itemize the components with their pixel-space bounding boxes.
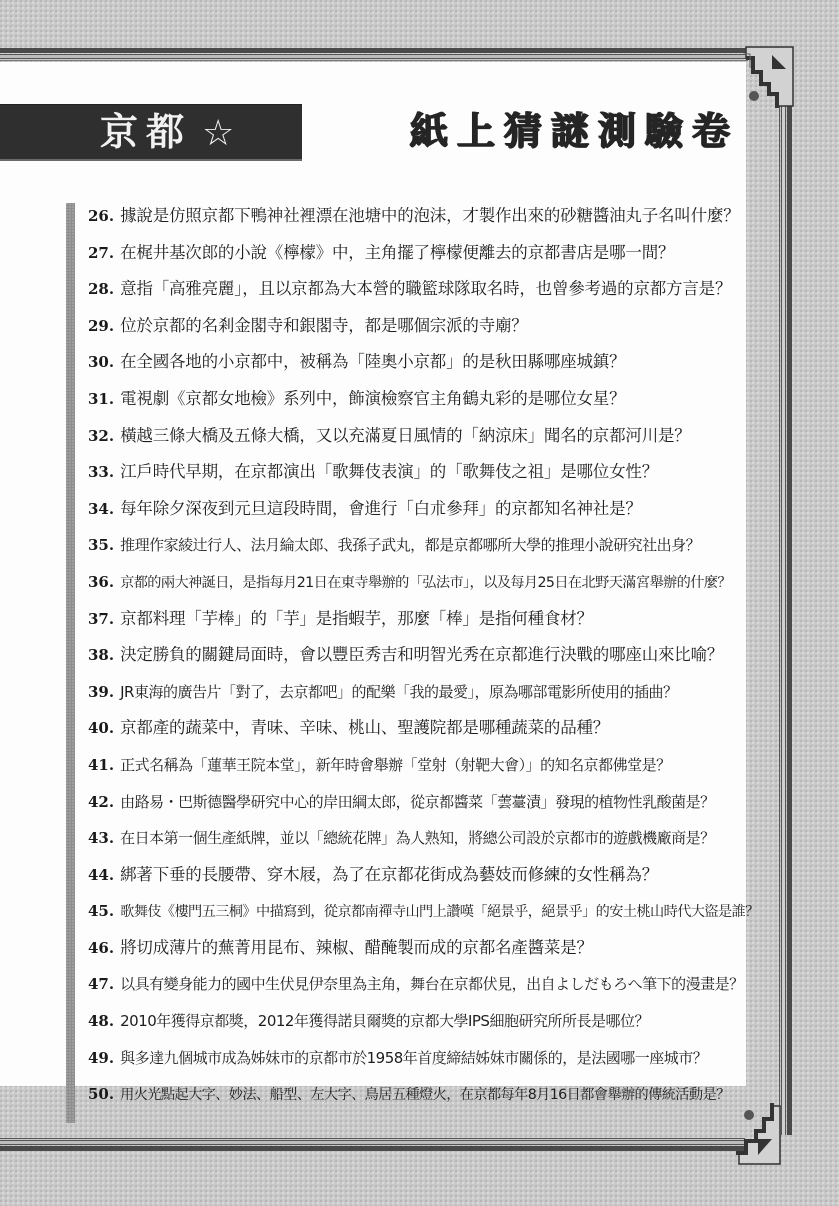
question-number: 32. [88, 427, 114, 445]
question-number: 49. [88, 1049, 114, 1067]
question-text: 據說是仿照京都下鴨神社裡漂在池塘中的泡沫，才製作出來的砂糖醬油丸子名叫什麼？ [120, 206, 739, 225]
question-item: 38.決定勝負的關鍵局面時，會以豐臣秀吉和明智光秀在京都進行決戰的哪座山來比喻？ [88, 637, 778, 674]
question-number: 48. [88, 1012, 114, 1030]
question-item: 39.JR東海的廣告片「對了，去京都吧」的配樂「我的最愛」，原為哪部電影所使用的… [88, 674, 778, 711]
question-item: 33.江戶時代早期，在京都演出「歌舞伎表演」的「歌舞伎之祖」是哪位女性？ [88, 454, 778, 491]
question-item: 40.京都產的蔬菜中，青味、辛味、桃山、聖護院都是哪種蔬菜的品種？ [88, 710, 778, 747]
question-text: 由路易・巴斯德醫學研究中心的岸田綱太郎，從京都醬菜「蕓薹漬」發現的植物性乳酸菌是… [120, 793, 715, 811]
question-item: 50.用火光點起大字、妙法、船型、左大字、鳥居五種燈火，在京都每年8月16日都會… [88, 1076, 778, 1113]
question-number: 39. [88, 683, 114, 701]
question-text: 位於京都的名剎金閣寺和銀閣寺，都是哪個宗派的寺廟？ [120, 316, 528, 335]
question-item: 29.位於京都的名剎金閣寺和銀閣寺，都是哪個宗派的寺廟？ [88, 308, 778, 345]
city-name: 京都 [100, 109, 192, 154]
question-text: JR東海的廣告片「對了，去京都吧」的配樂「我的最愛」，原為哪部電影所使用的插曲？ [120, 683, 677, 701]
question-item: 34.每年除夕深夜到元旦這段時間，會進行「白朮參拜」的京都知名神社是？ [88, 491, 778, 528]
question-number: 47. [88, 975, 114, 993]
question-number: 38. [88, 646, 114, 664]
question-text: 2010年獲得京都獎，2012年獲得諾貝爾獎的京都大學IPS細胞研究所所長是哪位… [120, 1012, 649, 1030]
question-item: 45.歌舞伎《樓門五三桐》中描寫到，從京都南禪寺山門上讚嘆「絕景乎，絕景乎」的安… [88, 893, 778, 930]
question-number: 43. [88, 829, 114, 847]
star-icon: ☆ [202, 111, 234, 157]
question-number: 29. [88, 317, 114, 335]
question-number: 40. [88, 719, 114, 737]
question-text: 每年除夕深夜到元旦這段時間，會進行「白朮參拜」的京都知名神社是？ [120, 499, 642, 518]
question-number: 50. [88, 1085, 114, 1103]
question-item: 41.正式名稱為「蓮華王院本堂」，新年時會舉辦「堂射（射靶大會）」的知名京都佛堂… [88, 747, 778, 784]
question-item: 43.在日本第一個生產紙牌，並以「總統花牌」為人熟知，將總公司設於京都市的遊戲機… [88, 820, 778, 857]
question-item: 28.意指「高雅亮麗」，且以京都為大本營的職籃球隊取名時，也曾參考過的京都方言是… [88, 271, 778, 308]
question-number: 37. [88, 610, 114, 628]
question-number: 26. [88, 207, 114, 225]
question-item: 47.以具有變身能力的國中生伏見伊奈里為主角，舞台在京都伏見，出自よしだもろへ筆… [88, 966, 778, 1003]
right-frame-border [779, 100, 795, 1135]
question-text: 京都的兩大神誕日，是指每月21日在東寺舉辦的「弘法市」，以及每月25日在北野天滿… [120, 575, 731, 591]
question-text: 正式名稱為「蓮華王院本堂」，新年時會舉辦「堂射（射靶大會）」的知名京都佛堂是？ [120, 756, 671, 774]
question-text: 在日本第一個生產紙牌，並以「總統花牌」為人熟知，將總公司設於京都市的遊戲機廠商是… [120, 829, 715, 847]
question-text: 歌舞伎《樓門五三桐》中描寫到，從京都南禪寺山門上讚嘆「絕景乎，絕景乎」的安土桃山… [120, 904, 759, 920]
question-list: 26.據說是仿照京都下鴨神社裡漂在池塘中的泡沫，才製作出來的砂糖醬油丸子名叫什麼… [88, 198, 778, 1113]
question-item: 27.在梶井基次郎的小說《檸檬》中，主角擺了檸檬便離去的京都書店是哪一間？ [88, 235, 778, 272]
question-item: 36.京都的兩大神誕日，是指每月21日在東寺舉辦的「弘法市」，以及每月25日在北… [88, 564, 778, 601]
question-number: 34. [88, 500, 114, 518]
page-subtitle: 紙上猜謎測驗卷 [410, 103, 739, 159]
page-title: 京都☆ [100, 109, 234, 155]
question-item: 31.電視劇《京都女地檢》系列中，飾演檢察官主角鶴丸彩的是哪位女星？ [88, 381, 778, 418]
question-text: 將切成薄片的蕪菁用昆布、辣椒、醋醃製而成的京都名產醬菜是？ [120, 938, 593, 957]
question-text: 電視劇《京都女地檢》系列中，飾演檢察官主角鶴丸彩的是哪位女星？ [120, 389, 625, 408]
question-number: 35. [88, 536, 114, 554]
question-number: 33. [88, 463, 114, 481]
question-number: 30. [88, 353, 114, 371]
bullet-dot-icon [749, 91, 759, 101]
question-item: 26.據說是仿照京都下鴨神社裡漂在池塘中的泡沫，才製作出來的砂糖醬油丸子名叫什麼… [88, 198, 778, 235]
question-text: 京都產的蔬菜中，青味、辛味、桃山、聖護院都是哪種蔬菜的品種？ [120, 718, 609, 737]
title-band: 京都☆ [0, 104, 302, 161]
question-item: 37.京都料理「芋棒」的「芋」是指蝦芋，那麼「棒」是指何種食材？ [88, 601, 778, 638]
question-number: 36. [88, 573, 114, 591]
question-text: 橫越三條大橋及五條大橋，又以充滿夏日風情的「納涼床」聞名的京都河川是？ [120, 426, 691, 445]
question-item: 44.綁著下垂的長腰帶、穿木屐，為了在京都花街成為藝妓而修練的女性稱為？ [88, 857, 778, 894]
top-frame-border [0, 48, 748, 64]
question-item: 46.將切成薄片的蕪菁用昆布、辣椒、醋醃製而成的京都名產醬菜是？ [88, 930, 778, 967]
question-number: 46. [88, 939, 114, 957]
question-text: 用火光點起大字、妙法、船型、左大字、鳥居五種燈火，在京都每年8月16日都會舉辦的… [120, 1087, 730, 1103]
question-number: 27. [88, 244, 114, 262]
question-text: 以具有變身能力的國中生伏見伊奈里為主角，舞台在京都伏見，出自よしだもろへ筆下的漫… [120, 975, 744, 993]
question-text: 江戶時代早期，在京都演出「歌舞伎表演」的「歌舞伎之祖」是哪位女性？ [120, 462, 658, 481]
question-item: 35.推理作家綾辻行人、法月綸太郎、我孫子武丸，都是京都哪所大學的推理小說研究社… [88, 527, 778, 564]
question-text: 推理作家綾辻行人、法月綸太郎、我孫子武丸，都是京都哪所大學的推理小說研究社出身？ [120, 536, 700, 554]
question-number: 44. [88, 866, 114, 884]
question-text: 綁著下垂的長腰帶、穿木屐，為了在京都花街成為藝妓而修練的女性稱為？ [120, 865, 658, 884]
question-number: 41. [88, 756, 114, 774]
question-text: 意指「高雅亮麗」，且以京都為大本營的職籃球隊取名時，也曾參考過的京都方言是？ [120, 279, 731, 298]
question-text: 決定勝負的關鍵局面時，會以豐臣秀吉和明智光秀在京都進行決戰的哪座山來比喻？ [120, 645, 723, 664]
question-item: 42.由路易・巴斯德醫學研究中心的岸田綱太郎，從京都醬菜「蕓薹漬」發現的植物性乳… [88, 784, 778, 821]
question-text: 在全國各地的小京都中，被稱為「陸奧小京都」的是秋田縣哪座城鎮？ [120, 352, 625, 371]
question-item: 32.橫越三條大橋及五條大橋，又以充滿夏日風情的「納涼床」聞名的京都河川是？ [88, 418, 778, 455]
left-accent-bar [66, 203, 75, 1123]
question-item: 48.2010年獲得京都獎，2012年獲得諾貝爾獎的京都大學IPS細胞研究所所長… [88, 1003, 778, 1040]
question-number: 42. [88, 793, 114, 811]
question-number: 45. [88, 902, 114, 920]
question-text: 京都料理「芋棒」的「芋」是指蝦芋，那麼「棒」是指何種食材？ [120, 609, 593, 628]
question-item: 49.與多達九個城市成為姊妹市的京都市於1958年首度締結姊妹市關係的，是法國哪… [88, 1040, 778, 1077]
bottom-frame-border [0, 1138, 745, 1154]
question-number: 31. [88, 390, 114, 408]
question-text: 與多達九個城市成為姊妹市的京都市於1958年首度締結姊妹市關係的，是法國哪一座城… [120, 1049, 707, 1067]
question-number: 28. [88, 280, 114, 298]
question-text: 在梶井基次郎的小說《檸檬》中，主角擺了檸檬便離去的京都書店是哪一間？ [120, 243, 674, 262]
question-item: 30.在全國各地的小京都中，被稱為「陸奧小京都」的是秋田縣哪座城鎮？ [88, 344, 778, 381]
